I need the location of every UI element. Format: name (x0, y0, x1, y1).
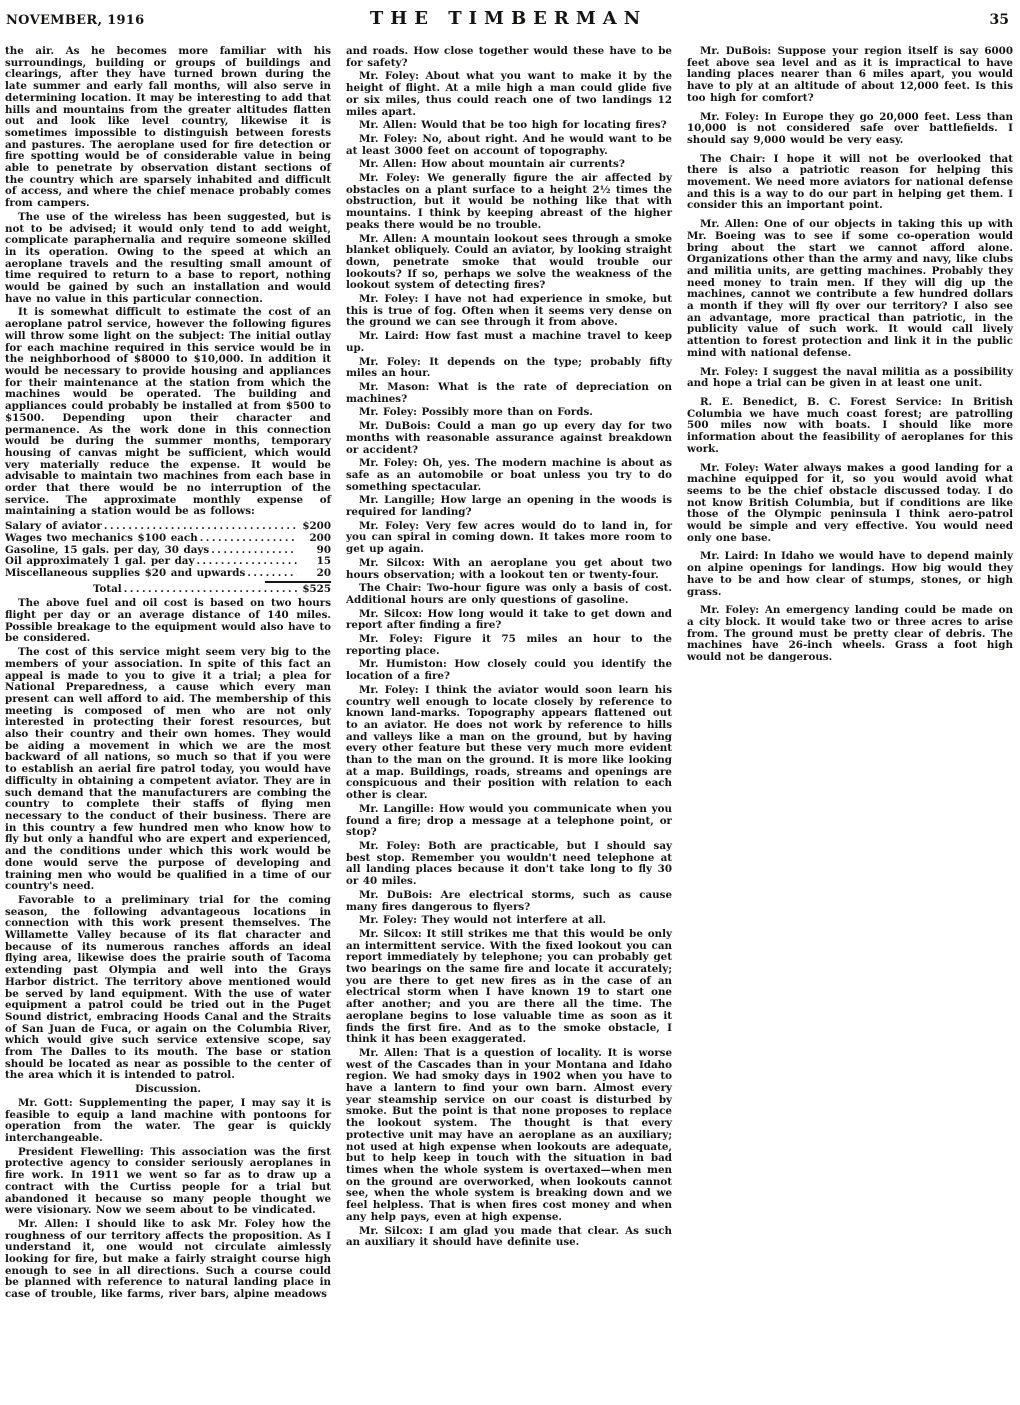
paragraph: Mr. Foley: We generally figure the air a… (346, 173, 672, 232)
paragraph: Mr. Mason: What is the rate of depreciat… (346, 382, 672, 405)
paragraph: Mr. Laird: In Idaho we would have to dep… (687, 551, 1013, 598)
paragraph: Mr. Foley: They would not interfere at a… (346, 915, 672, 927)
text-column-1: the air. As he becomes more familiar wit… (5, 46, 331, 1303)
paragraph: Mr. Foley: No, about right. And he would… (346, 134, 672, 157)
paragraph: Mr. Silcox: How long would it take to ge… (346, 609, 672, 632)
magazine-page: NOVEMBER, 1916 THE TIMBERMAN 35 the air.… (0, 0, 1020, 1303)
page-number: 35 (990, 12, 1009, 28)
text-column-3: Mr. DuBois: Suppose your region itself i… (687, 46, 1013, 671)
paragraph: Mr. Foley: I suggest the naval militia a… (687, 367, 1013, 390)
monthly-expense-table: Salary of aviator$200Wages two mechanics… (5, 521, 331, 595)
paragraph: The above fuel and oil cost is based on … (5, 598, 331, 645)
expense-label: Miscellaneous supplies $20 and upwards (5, 568, 245, 580)
paragraph: Mr. DuBois: Are electrical storms, such … (346, 890, 672, 913)
paragraph: the air. As he becomes more familiar wit… (5, 46, 331, 210)
paragraph: President Flewelling: This association w… (5, 1147, 331, 1217)
paragraph: Mr. Allen: One of our objects in taking … (687, 219, 1013, 359)
paragraph: Mr. Foley: I think the aviator would soo… (346, 685, 672, 802)
paragraph: Mr. Laird: How fast must a machine trave… (346, 331, 672, 354)
paragraph: Mr. Foley: It depends on the type; proba… (346, 357, 672, 380)
paragraph: Mr. Foley: Oh, yes. The modern machine i… (346, 458, 672, 493)
paragraph: Mr. Allen: Would that be too high for lo… (346, 120, 672, 132)
expense-value: 20 (299, 568, 331, 580)
expense-row: Wages two mechanics $100 each200 (5, 533, 331, 545)
total-label: Total (93, 584, 122, 596)
paragraph: Mr. Langille; How large an opening in th… (346, 495, 672, 518)
paragraph: Mr. Foley: About what you want to make i… (346, 71, 672, 118)
paragraph: The use of the wireless has been suggest… (5, 212, 331, 306)
paragraph: Mr. Allen: How about mountain air curren… (346, 159, 672, 171)
paragraph: Mr. Foley: In Europe they go 20,000 feet… (687, 112, 1013, 147)
page-header: NOVEMBER, 1916 THE TIMBERMAN 35 (5, 8, 1012, 34)
text-column-2: and roads. How close together would thes… (346, 46, 672, 1251)
article-body: the air. As he becomes more familiar wit… (5, 46, 1012, 1303)
paragraph: Mr. Allen: I should like to ask Mr. Fole… (5, 1219, 331, 1301)
total-value: $525 (299, 584, 331, 596)
total-row: Total$525 (5, 584, 331, 596)
paragraph: Mr. Silcox: It still strikes me that thi… (346, 929, 672, 1046)
paragraph: The Chair: I hope it will not be overloo… (687, 154, 1013, 213)
dot-leader (211, 545, 297, 557)
paragraph: Mr. Foley: An emergency landing could be… (687, 605, 1013, 664)
paragraph: Mr. Foley: Both are practicable, but I s… (346, 841, 672, 888)
expense-label: Wages two mechanics $100 each (5, 533, 198, 545)
paragraph: Mr. Foley: I have not had experience in … (346, 294, 672, 329)
section-heading: Discussion. (5, 1084, 331, 1096)
paragraph: Mr. Allen: A mountain lookout sees throu… (346, 234, 672, 293)
dot-leader (124, 584, 297, 596)
dot-leader (247, 568, 297, 580)
expense-row: Miscellaneous supplies $20 and upwards20 (5, 568, 331, 580)
paragraph: R. E. Benedict, B. C. Forest Service: In… (687, 397, 1013, 456)
paragraph: Mr. Silcox: I am glad you made that clea… (346, 1226, 672, 1249)
paragraph: The cost of this service might seem very… (5, 647, 331, 893)
paragraph: Mr. DuBois: Could a man go up every day … (346, 421, 672, 456)
paragraph: Mr. DuBois: Suppose your region itself i… (687, 46, 1013, 105)
expense-value: 200 (299, 533, 331, 545)
paragraph: The Chair: Two-hour figure was only a ba… (346, 583, 672, 606)
paragraph: Mr. Foley: Possibly more than on Fords. (346, 407, 672, 419)
paragraph: Favorable to a preliminary trial for the… (5, 895, 331, 1082)
paragraph: Mr. Silcox: With an aeroplane you get ab… (346, 558, 672, 581)
paragraph: Mr. Foley: Water always makes a good lan… (687, 463, 1013, 545)
issue-date: NOVEMBER, 1916 (6, 13, 145, 28)
paragraph: Mr. Gott: Supplementing the paper, I may… (5, 1098, 331, 1145)
paragraph: Mr. Foley: Figure it 75 miles an hour to… (346, 634, 672, 657)
paragraph: Mr. Foley: Very few acres would do to la… (346, 521, 672, 556)
publication-title: THE TIMBERMAN (370, 8, 647, 29)
dot-leader (200, 533, 297, 545)
paragraph: and roads. How close together would thes… (346, 46, 672, 69)
paragraph: Mr. Humiston: How closely could you iden… (346, 659, 672, 682)
paragraph: Mr. Langille: How would you communicate … (346, 804, 672, 839)
paragraph: It is somewhat difficult to estimate the… (5, 307, 331, 518)
paragraph: Mr. Allen: That is a question of localit… (346, 1048, 672, 1224)
